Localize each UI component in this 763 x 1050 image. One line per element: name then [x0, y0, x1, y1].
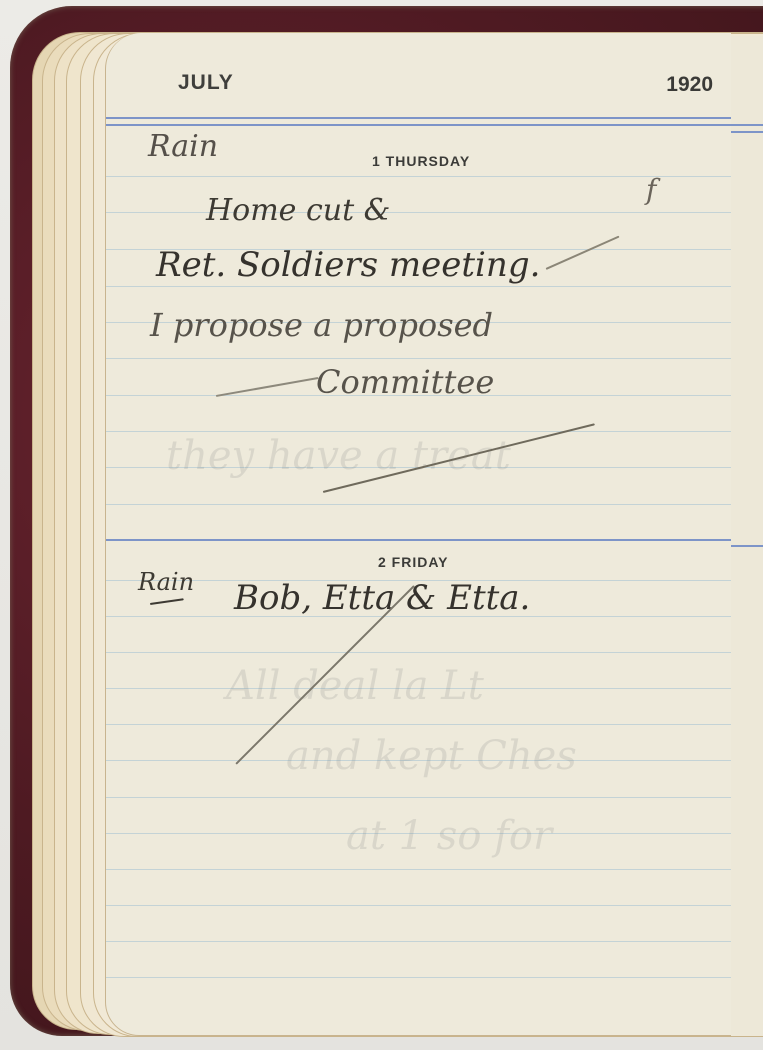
entry-line: Bob, Etta & Etta.: [234, 578, 530, 618]
page-month: JULY: [178, 71, 234, 95]
line-rule: [106, 941, 731, 942]
line-rule: [106, 358, 731, 359]
entry-line: I propose a proposed: [150, 306, 493, 344]
entry-line: Committee: [316, 363, 494, 401]
line-rule: [106, 905, 731, 906]
bleed-through-text: and kept Ches: [286, 733, 577, 779]
facing-page: [730, 36, 763, 1036]
weather-note: Rain: [148, 129, 218, 164]
line-rule: [106, 504, 731, 505]
weather-note: Rain: [138, 568, 194, 596]
header-rule: [106, 124, 731, 126]
line-rule: [106, 724, 731, 725]
line-rule: [106, 431, 731, 432]
entry-line: Home cut &: [206, 193, 390, 228]
margin-mark: f: [646, 173, 656, 206]
underline-stroke: [150, 598, 184, 605]
pen-stroke: [546, 236, 620, 270]
line-rule: [106, 869, 731, 870]
pen-flourish: [216, 377, 319, 397]
line-rule: [106, 797, 731, 798]
line-rule: [106, 652, 731, 653]
header-rule: [106, 117, 731, 119]
header-rule: [731, 124, 763, 126]
line-rule: [106, 977, 731, 978]
diary-page: JULY 1920 they have a treat All deal la …: [105, 33, 731, 1036]
bleed-through-text: All deal la Lt: [226, 663, 484, 709]
day-label-1: 1 THURSDAY: [372, 153, 470, 169]
line-rule: [106, 286, 731, 287]
header-rule: [731, 131, 763, 133]
day-divider-rule: [106, 539, 731, 541]
day-divider-rule: [731, 545, 763, 547]
line-rule: [106, 212, 731, 213]
bleed-through-text: at 1 so for: [346, 813, 552, 859]
entry-line: Ret. Soldiers meeting.: [156, 245, 540, 285]
page-year: 1920: [666, 73, 713, 97]
line-rule: [106, 176, 731, 177]
day-label-2: 2 FRIDAY: [378, 554, 449, 570]
